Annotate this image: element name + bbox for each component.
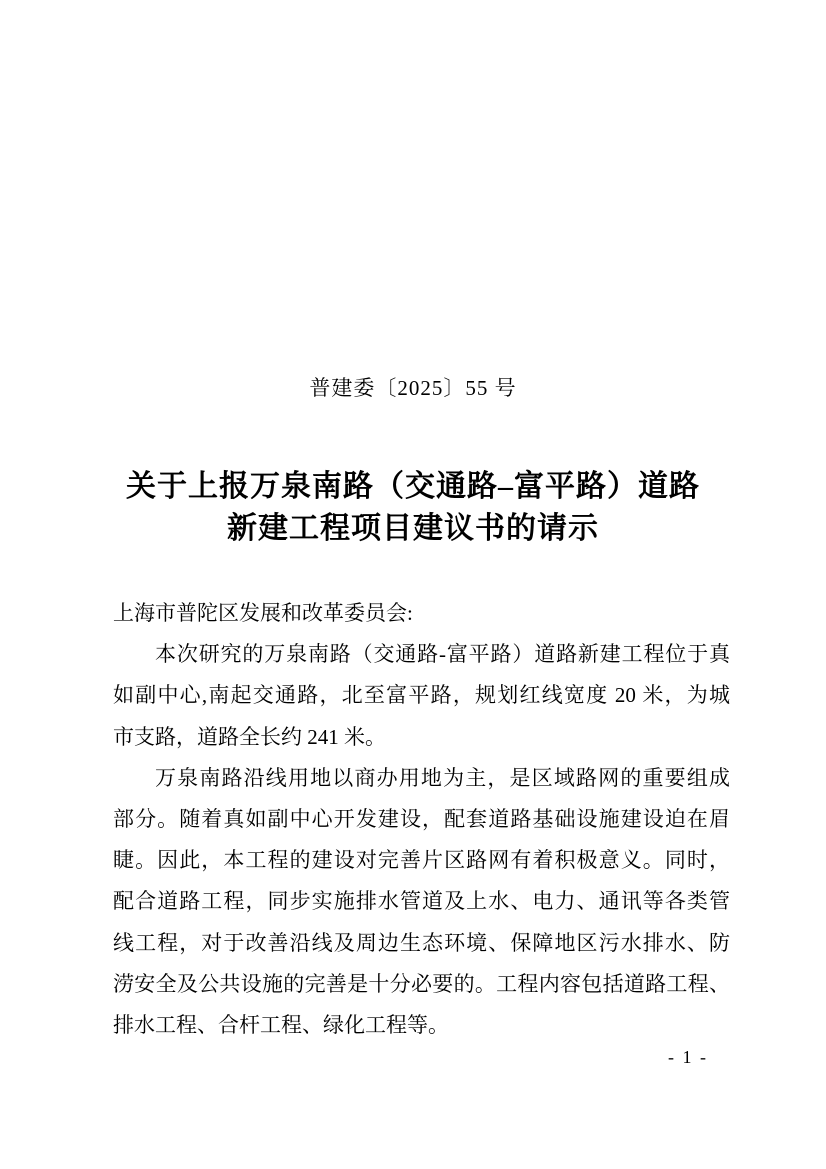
body-line: 线工程，对于改善沿线及周边生态环境、保障地区污水排水、防	[113, 923, 730, 964]
paragraph-2: 万泉南路沿线用地以商办用地为主，是区域路网的重要组成 部分。随着真如副中心开发建…	[113, 758, 730, 1046]
body-line: 本次研究的万泉南路（交通路-富平路）道路新建工程位于真	[113, 634, 730, 675]
body-line: 睫。因此，本工程的建设对完善片区路网有着积极意义。同时，	[113, 840, 730, 881]
body-line: 涝安全及公共设施的完善是十分必要的。工程内容包括道路工程、	[113, 964, 730, 1005]
body-line: 部分。随着真如副中心开发建设，配套道路基础设施建设迫在眉	[113, 799, 730, 840]
body-line: 市支路，道路全长约 241 米。	[113, 717, 730, 758]
document-page: 普建委〔2025〕55 号 关于上报万泉南路（交通路–富平路）道路 新建工程项目…	[0, 0, 826, 1169]
title-line-1: 关于上报万泉南路（交通路–富平路）道路	[0, 466, 826, 508]
body-line: 如副中心,南起交通路，北至富平路，规划红线宽度 20 米，为城	[113, 675, 730, 716]
document-title: 关于上报万泉南路（交通路–富平路）道路 新建工程项目建议书的请示	[0, 466, 826, 550]
title-line-2: 新建工程项目建议书的请示	[0, 508, 826, 550]
body-line: 万泉南路沿线用地以商办用地为主，是区域路网的重要组成	[113, 758, 730, 799]
body-line: 排水工程、合杆工程、绿化工程等。	[113, 1005, 730, 1046]
body-line: 配合道路工程，同步实施排水管道及上水、电力、通讯等各类管	[113, 881, 730, 922]
salutation: 上海市普陀区发展和改革委员会:	[113, 593, 730, 634]
document-reference-number: 普建委〔2025〕55 号	[0, 377, 826, 399]
page-number: - 1 -	[113, 1046, 730, 1068]
document-body: 上海市普陀区发展和改革委员会: 本次研究的万泉南路（交通路-富平路）道路新建工程…	[113, 593, 730, 1046]
paragraph-1: 本次研究的万泉南路（交通路-富平路）道路新建工程位于真 如副中心,南起交通路，北…	[113, 634, 730, 758]
